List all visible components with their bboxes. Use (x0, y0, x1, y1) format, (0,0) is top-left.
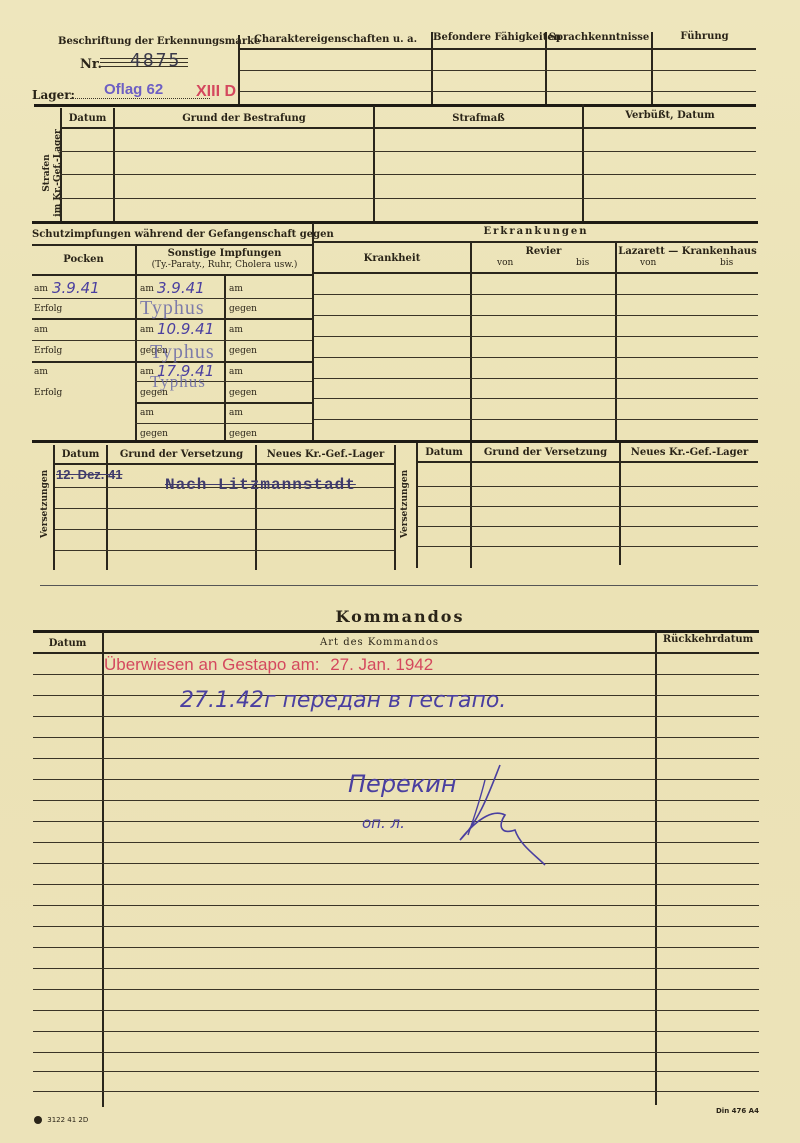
typhus-stamp-2: Typhus (150, 341, 215, 364)
vers-left-col-grund: Grund der Versetzung (108, 449, 255, 460)
versetzungen-side-label-left: Versetzungen (40, 469, 50, 539)
footer-din: Din 476 A4 (716, 1107, 759, 1115)
pow-card: Beschriftung der Erkennungsmarke Nr. 487… (0, 0, 800, 1143)
lager-dotted-line (70, 98, 210, 99)
vers-right-col-grund: Grund der Versetzung (472, 447, 619, 458)
lager-stamp-violet: Oflag 62 (104, 81, 163, 98)
kommandos-col-art: Art des Kommandos (104, 637, 655, 648)
versetzungen-side-label-right: Versetzungen (400, 469, 410, 539)
signature-flourish (440, 760, 560, 870)
strafen-col-grund: Grund der Bestrafung (115, 113, 373, 124)
typhus-stamp-1: Typhus (140, 297, 205, 320)
handwritten-transfer-note: 27.1.42г передан в гестапо. (180, 688, 506, 713)
vers-left-col-datum: Datum (55, 449, 106, 460)
lager-label: Lager: (32, 88, 75, 102)
tag-label: Beschriftung der Erkennungsmarke (58, 36, 260, 47)
erkrankungen-title: Erkrankungen (314, 226, 758, 237)
col-sprachkenntnisse: Sprachkenntnisse (547, 32, 651, 43)
kommandos-col-rueckkehr: Rückkehrdatum (657, 634, 759, 645)
versetzung-text: Nach Litzmannstadt (165, 476, 356, 494)
strafen-col-strafmass: Strafmaß (375, 113, 582, 124)
kommandos-col-datum: Datum (33, 638, 102, 649)
col-faehigkeiten: Befondere Fähigkeiten (433, 32, 545, 43)
lager-stamp-red: XIII D (196, 83, 236, 101)
publisher-logo-icon (34, 1116, 42, 1124)
kommandos-title: Kommandos (0, 607, 800, 626)
impfung-date-2: 10.9.41 (157, 320, 214, 338)
signature-subtitle: оп. л. (362, 814, 405, 832)
col-charakter: Charaktereigenschaften u. a. (240, 34, 431, 45)
col-revier: Revier (472, 246, 615, 257)
vers-left-col-lager: Neues Kr.-Gef.-Lager (257, 449, 394, 460)
col-fuehrung: Führung (653, 31, 756, 42)
fold-line (40, 585, 758, 586)
col-sonstige: Sonstige Impfungen (Ty.-Paraty., Ruhr, C… (137, 248, 312, 270)
vers-right-col-lager: Neues Kr.-Gef.-Lager (621, 447, 758, 458)
gestapo-stamp: Überwiesen an Gestapo am: 27. Jan. 1942 (104, 655, 433, 675)
footer-print-code: 3122 41 2D (34, 1116, 88, 1124)
vers-right-col-datum: Datum (418, 447, 470, 458)
impfungen-title: Schutzimpfungen während der Gefangenscha… (32, 229, 312, 240)
pocken-date: 3.9.41 (52, 279, 100, 297)
nr-value: 4875 (130, 50, 181, 71)
nr-label: Nr. (80, 57, 102, 72)
impfung-date-1: 3.9.41 (157, 279, 205, 297)
gestapo-stamp-date: 27. Jan. 1942 (330, 655, 433, 674)
strafen-col-datum: Datum (62, 113, 113, 124)
versetzung-date: 12. Dez. 41 (56, 467, 123, 482)
nr-field: 4875 (100, 52, 188, 72)
col-krankheit: Krankheit (314, 253, 470, 264)
col-pocken: Pocken (32, 254, 135, 265)
col-lazarett: Lazarett — Krankenhaus (617, 246, 758, 257)
strafen-col-verbuesst: Verbüßt, Datum (584, 110, 756, 121)
